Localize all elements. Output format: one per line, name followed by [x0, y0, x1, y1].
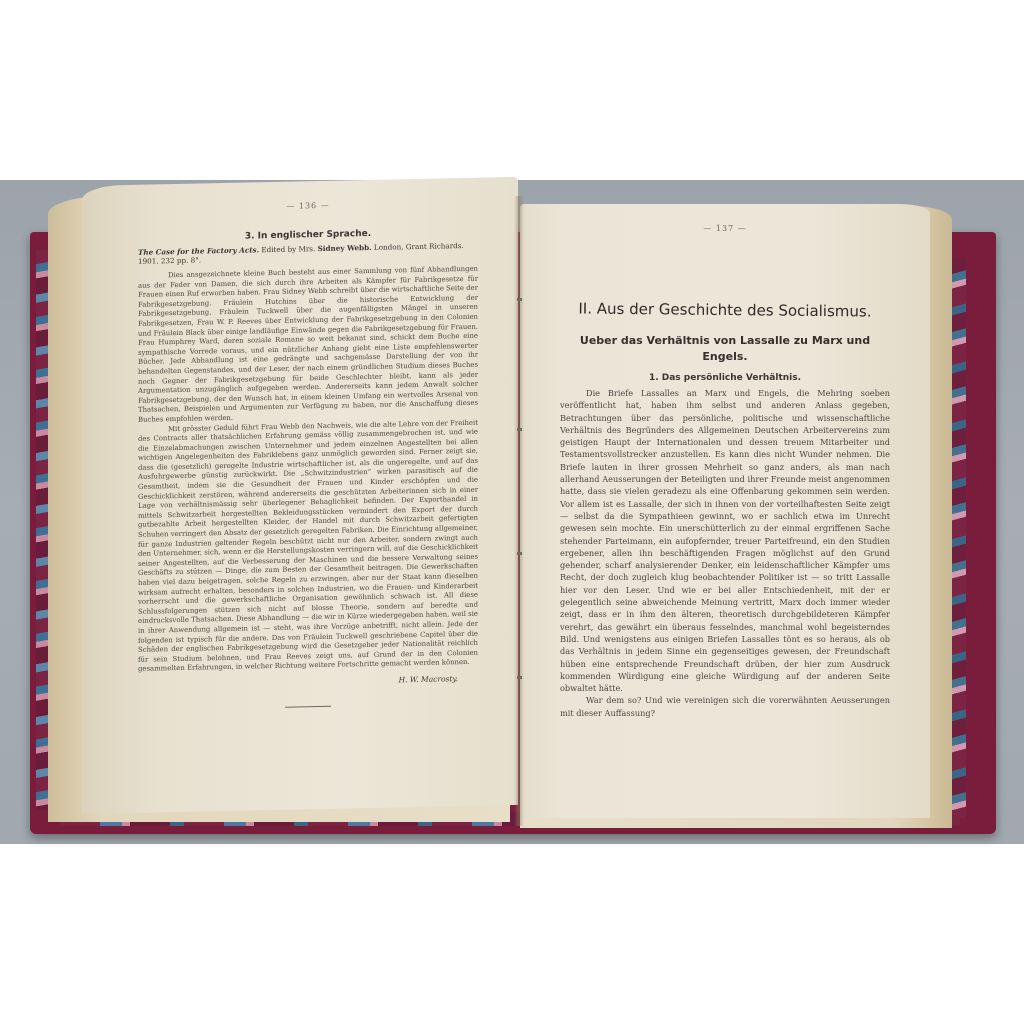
- book-gutter: [514, 196, 524, 826]
- reference-edited: Edited by Mrs.: [261, 244, 315, 254]
- page-number-right: — 137 —: [560, 224, 890, 233]
- article-title: Ueber das Verhältnis von Lassalle zu Mar…: [560, 333, 890, 365]
- paragraph: Die Briefe Lassalles an Marx und Engels,…: [560, 387, 890, 694]
- section-divider: [285, 706, 331, 708]
- page-number-left: — 136 —: [138, 198, 478, 214]
- paragraph: Mit grösster Geduld führt Frau Webb den …: [138, 418, 478, 675]
- reference-editor: Sidney Webb.: [318, 243, 372, 253]
- binding-stitch: [517, 298, 522, 301]
- left-page: — 136 — 3. In englischer Sprache. The Ca…: [82, 177, 518, 814]
- review-text: Dies ansgezeichnete kleine Buch besteht …: [138, 265, 478, 675]
- paragraph: War dem so? Und wie vereinigen sich die …: [560, 694, 890, 719]
- reference-place: London,: [374, 242, 404, 252]
- right-page: — 137 — II. Aus der Geschichte des Socia…: [520, 204, 930, 818]
- binding-stitch: [517, 552, 522, 555]
- marbled-board-right: [950, 258, 966, 818]
- binding-stitch: [517, 676, 522, 679]
- binding-stitch: [517, 428, 522, 431]
- paragraph: Dies ansgezeichnete kleine Buch besteht …: [138, 265, 478, 426]
- article-text: Die Briefe Lassalles an Marx und Engels,…: [560, 387, 890, 719]
- section-title: 1. Das persönliche Verhältnis.: [560, 373, 890, 383]
- book-reference: The Case for the Factory Acts. Edited by…: [138, 241, 478, 266]
- chapter-title: II. Aus der Geschichte des Socialismus.: [560, 299, 890, 320]
- review-signature: H. W. Macrosty.: [138, 674, 478, 690]
